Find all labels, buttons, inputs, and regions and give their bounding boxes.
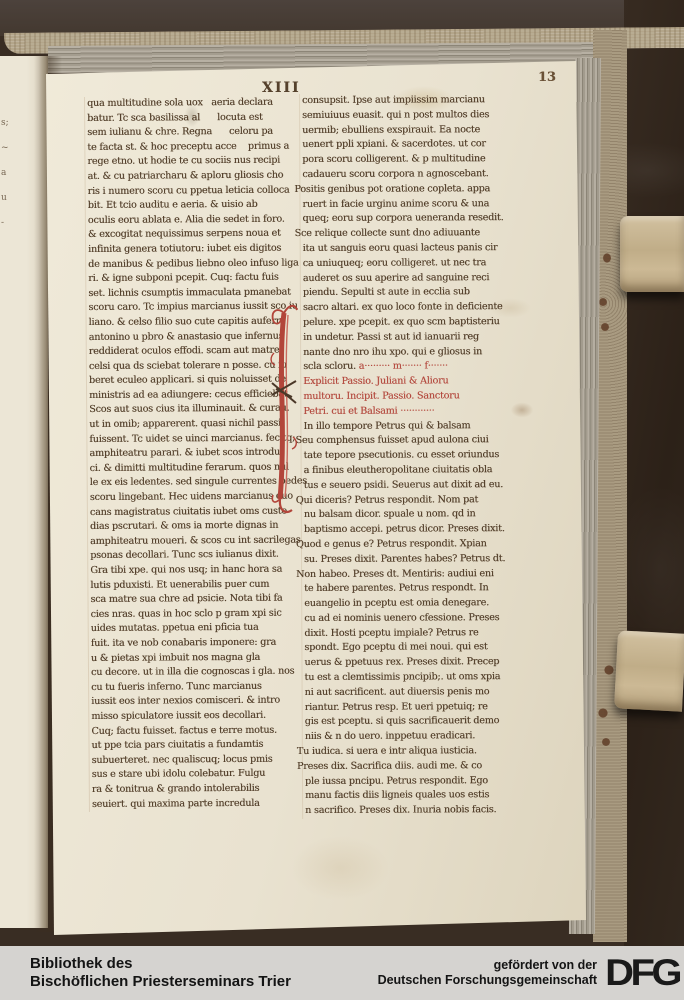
manuscript-text-line: uides mutatas. ppetua eni pficia tua xyxy=(91,621,297,637)
manuscript-text-line: multoru. Incipit. Passio. Sanctoru xyxy=(303,389,531,405)
manuscript-text-line: manu factis diis ligneis quales uos esti… xyxy=(305,788,533,804)
manuscript-text-line: de manibus & pedibus liebno oleo infuso … xyxy=(88,256,294,272)
manuscript-text-line: n sacrifico. Preses dix. Inuria nobis fa… xyxy=(305,803,533,819)
manuscript-text-line: baptismo accepi. petrus dicor. Preses di… xyxy=(304,522,532,538)
manuscript-text-line: scoru caro. Tc impius marcianus iussit s… xyxy=(88,300,294,316)
manuscript-text-line: pelure. xpe pcepit. ex quo scm baptister… xyxy=(303,315,531,331)
manuscript-text-line: ci. & dimitti multitudine ferarum. quos … xyxy=(90,460,296,476)
text-column-right: consupsit. Ipse aut impiissim marcianuse… xyxy=(299,93,533,819)
manuscript-text-line: sca matre sua chre ad psicie. Nota tibi … xyxy=(90,592,296,608)
manuscript-text-line: cu tu fueris inferno. Tunc marcianus xyxy=(91,679,297,695)
manuscript-text-line: seuiert. qui maxima parte incredula xyxy=(92,796,298,812)
manuscript-text-line: In illo tempore Petrus qui & balsam xyxy=(303,419,531,435)
manuscript-text-line: u & pietas xpi imbuit nos magna gla xyxy=(91,650,297,666)
book-cover-right xyxy=(624,0,684,946)
manuscript-text-line: beret eculeo applicari. si quis noluisse… xyxy=(89,373,295,389)
manuscript-text-line: su. Preses dixit. Parentes habes? Petrus… xyxy=(304,552,532,568)
manuscript-text-line: Petri. cui et Balsami ············ xyxy=(303,404,531,420)
manuscript-text-line: ~ xyxy=(1,143,17,168)
manuscript-text-line: amphiteatru parari. & iubet scos introdu xyxy=(89,446,295,462)
manuscript-text-line: in undetur. Passi st aut id ianuarii reg xyxy=(303,330,531,346)
manuscript-text-line: Qui diceris? Petrus respondit. Nom pat xyxy=(296,493,532,509)
library-credit: Bibliothek des Bischöflichen Priestersem… xyxy=(30,955,291,990)
manuscript-text-line: reddiderat oculos effodi. scam aut matre xyxy=(89,344,295,360)
manuscript-text-line: te facta st. & hoc preceptu acce primus … xyxy=(87,139,293,155)
manuscript-text-line: cu decore. ut in illa die cognoscas i gl… xyxy=(91,665,297,681)
manuscript-text-line: Gra tibi xpe. qui nos usq; in hanc hora … xyxy=(90,563,296,579)
manuscript-text-line: semiuiuus euasit. qui n post multos dies xyxy=(302,108,530,124)
manuscript-text-line: antonino u pbro & anastasio que infernus xyxy=(89,329,295,345)
manuscript-text-line: tu est a clemtissimis pncipib;. ut oms x… xyxy=(305,670,533,686)
manuscript-text-line: piendu. Sepulti st aute in ecclia sub xyxy=(303,285,531,301)
manuscript-text-line: & excogitat nequissimus serpens noua et xyxy=(88,227,294,243)
manuscript-text-line: ri. & igne subponi pcepit. Cuq: factu fu… xyxy=(88,271,294,287)
manuscript-text-line: u xyxy=(1,193,17,218)
manuscript-text-line: sus e stare ubi idolu colebatur. Fulgu xyxy=(92,767,298,783)
manuscript-text-line: ni aut sacrificent. aut diuersis penis m… xyxy=(305,685,533,701)
manuscript-text-line: lutis pduxisti. Et uenerabilis puer cum xyxy=(90,577,296,593)
manuscript-text-line: batur. Tc sca basilissa al locuta est xyxy=(87,110,293,126)
manuscript-text-line: pora scoru colligerent. & p multitudine xyxy=(302,152,530,168)
manuscript-text-line: misso spiculatore iussit eos decollari. xyxy=(91,708,297,724)
manuscript-text-line: spondt. Ego pceptu di mei noui. qui est xyxy=(304,640,532,656)
manuscript-text-line: ca uniuqueq; eoru colligeret. ut nec tra xyxy=(303,256,531,272)
manuscript-text-line: rege etno. ut hodie te cu sociis nus rec… xyxy=(87,154,293,170)
funder-line1: gefördert von der xyxy=(378,958,598,973)
text-column-left: qua multitudine sola uox aeria declaraba… xyxy=(84,96,298,813)
page-heading-numeral: XIII xyxy=(262,80,301,96)
manuscript-text-line: ut ppe tcia pars ciuitatis a fundamtis xyxy=(91,738,297,754)
manuscript-text-line: scla scloru. a········· m······· f······… xyxy=(303,359,531,375)
manuscript-text-line: s; xyxy=(1,118,17,143)
manuscript-text-line: nante dno nro ihu xpo. qui e gliosus in xyxy=(303,345,531,361)
manuscript-text-line: Scos aut suos cius ita illuminauit. & cu… xyxy=(89,402,295,418)
digitized-manuscript-viewer: s;~au- XIII 13 qua multitudine sola uox … xyxy=(0,0,684,1000)
clasp-strap-bottom xyxy=(614,630,684,711)
manuscript-text-line: riantur. Petrus resp. Et ueri ppetuiq; r… xyxy=(305,700,533,716)
manuscript-text-line: qua multitudine sola uox aeria declara xyxy=(87,96,293,112)
manuscript-text-line: Preses dix. Sacrifica diis. audi me. & c… xyxy=(297,759,533,775)
manuscript-text-line: a xyxy=(1,168,17,193)
manuscript-text-line: ita ut sanguis eoru quasi lacteus panis … xyxy=(303,241,531,257)
manuscript-text-line: fuissent. Tc uidet se uinci marcianus. f… xyxy=(89,431,295,447)
manuscript-text-line: - xyxy=(1,218,17,243)
manuscript-text-line: te habere parentes. Petrus respondt. In xyxy=(304,581,532,597)
manuscript-text-line: cies nras. quas in hoc sclo p gram xpi s… xyxy=(91,606,297,622)
manuscript-text-line: Seu comphensus fuisset apud aulona ciui xyxy=(295,433,531,449)
manuscript-text-line: psonas decollari. Tunc scs iulianus dixi… xyxy=(90,548,296,564)
manuscript-text-line: subuerteret. nec qualiscuq; locus pmis xyxy=(92,752,298,768)
manuscript-text-line: bit. Et tcio auditu e aeria. & uisio ab xyxy=(88,198,294,214)
manuscript-text-line: Quod e genus e? Petrus respondit. Xpian xyxy=(296,537,532,553)
manuscript-text-line: ruert in facie urginu anime scoru & una xyxy=(302,197,530,213)
library-line2: Bischöflichen Priesterseminars Trier xyxy=(30,973,291,991)
manuscript-text-line: sem iulianu & chre. Regna celoru pa xyxy=(87,125,293,141)
manuscript-text-line: Tu iudica. si uera e intr aliqua iustici… xyxy=(297,744,533,760)
manuscript-text-line: amphiteatru moueri. & scos cu int sacril… xyxy=(90,533,296,549)
manuscript-text-line: Cuq; factu fuisset. factus e terre motus… xyxy=(91,723,297,739)
manuscript-text-line: uermib; ebulliens exspirauit. Ea nocte xyxy=(302,123,530,139)
manuscript-text-line: ple iussa pncipu. Petrus respondit. Ego xyxy=(305,774,533,790)
folio-number: 13 xyxy=(538,70,556,85)
decorated-initial-I xyxy=(268,297,300,521)
funder-credit-group: gefördert von der Deutschen Forschungsge… xyxy=(378,951,679,996)
manuscript-text-line: ris i numero scoru cu ppetua leticia col… xyxy=(88,183,294,199)
manuscript-text-line: uenert ppli xpiani. & sacerdotes. ut cor xyxy=(302,137,530,153)
manuscript-text-line: le ex eis ledentes. sed singule currente… xyxy=(90,475,296,491)
manuscript-text-line: cadaueru scoru corpora n agnoscebant. xyxy=(302,167,530,183)
funder-line2: Deutschen Forschungsgemeinschaft xyxy=(378,973,598,988)
manuscript-text-line: dias pscrutari. & oms ia morte dignas in xyxy=(90,519,296,535)
manuscript-text-line: a finibus eleutheropolitane ciuitatis ob… xyxy=(304,463,532,479)
manuscript-text-line: nu balsam dicor. spuale u nom. qd in xyxy=(304,507,532,523)
dfg-logo: DFG xyxy=(605,952,679,993)
manuscript-text-line: liano. & celso filio suo cute capitis au… xyxy=(89,314,295,330)
facing-page-text-fragments: s;~au- xyxy=(1,118,17,243)
manuscript-text-line: consupsit. Ipse aut impiissim marcianu xyxy=(302,93,530,109)
manuscript-text-line: fuit. ita ve nob conabaris imponere: gra xyxy=(91,635,297,651)
manuscript-text-line: dixit. Hosti pceptu impiale? Petrus re xyxy=(304,626,532,642)
manuscript-text-line: queq; eoru sup corpora ueneranda resedit… xyxy=(303,211,531,227)
manuscript-photo: s;~au- XIII 13 qua multitudine sola uox … xyxy=(0,0,684,946)
manuscript-text-line: sacro altari. ex quo loco fonte in defic… xyxy=(303,300,531,316)
funder-credit: gefördert von der Deutschen Forschungsge… xyxy=(378,958,598,988)
manuscript-text-line: Sce relique collecte sunt dno adiuuante xyxy=(295,226,531,242)
manuscript-text-line: tus e seuero psidi. Seuerus aut dixit ad… xyxy=(304,478,532,494)
manuscript-text-line: scoru lingebant. Hec uidens marcianus eu… xyxy=(90,490,296,506)
manuscript-text-line: ut in omib; apparerent. quasi nichil pas… xyxy=(89,417,295,433)
manuscript-text-line: uerus & ppetuus rex. Preses dixit. Prece… xyxy=(304,655,532,671)
manuscript-text-line: ministris ad ea adiungere: cecus efficie… xyxy=(89,387,295,403)
manuscript-text-line: set. lichnis csumptis immaculata pmaneba… xyxy=(88,285,294,301)
manuscript-text-line: Explicit Passio. Juliani & Alioru xyxy=(303,374,531,390)
manuscript-text-line: cu ad ei nominis uenero cfessione. Prese… xyxy=(304,611,532,627)
manuscript-text-line: niis & n do uero. inppetuu eradicari. xyxy=(305,729,533,745)
clasp-strap-top xyxy=(620,216,684,292)
manuscript-text-line: tate tepore psecutionis. cu esset oriund… xyxy=(304,448,532,464)
manuscript-text-line: at. & cu patriarcharu & aploru gliosis c… xyxy=(88,169,294,185)
manuscript-text-line: ra & tonitrua & grando intolerabilis xyxy=(92,781,298,797)
manuscript-text-line: Non habeo. Preses dt. Mentiris: audiui e… xyxy=(296,566,532,582)
library-line1: Bibliothek des xyxy=(30,955,291,973)
manuscript-text-line: celsi qua ds sciebat tolerare n posse. c… xyxy=(89,358,295,374)
manuscript-text-line: auderet os suu aperire ad sanguine reci xyxy=(303,271,531,287)
manuscript-text-line: gis est pceptu. si quis sacrificauerit d… xyxy=(305,714,533,730)
manuscript-text-line: iussit eos inter nexios comisceri. & int… xyxy=(91,694,297,710)
footer-banner: Bibliothek des Bischöflichen Priestersem… xyxy=(0,946,684,1000)
manuscript-text-line: oculis eoru ablata e. Alia die sedet in … xyxy=(88,212,294,228)
manuscript-text-line: euangelio in pceptu est omia denegare. xyxy=(304,596,532,612)
manuscript-text-line: Positis genibus pot oratione copleta. ap… xyxy=(294,182,530,198)
manuscript-text-line: infinita genera totiutoru: iubet eis dig… xyxy=(88,241,294,257)
manuscript-text-line: cans magistratus ciuitatis iubet oms cus… xyxy=(90,504,296,520)
